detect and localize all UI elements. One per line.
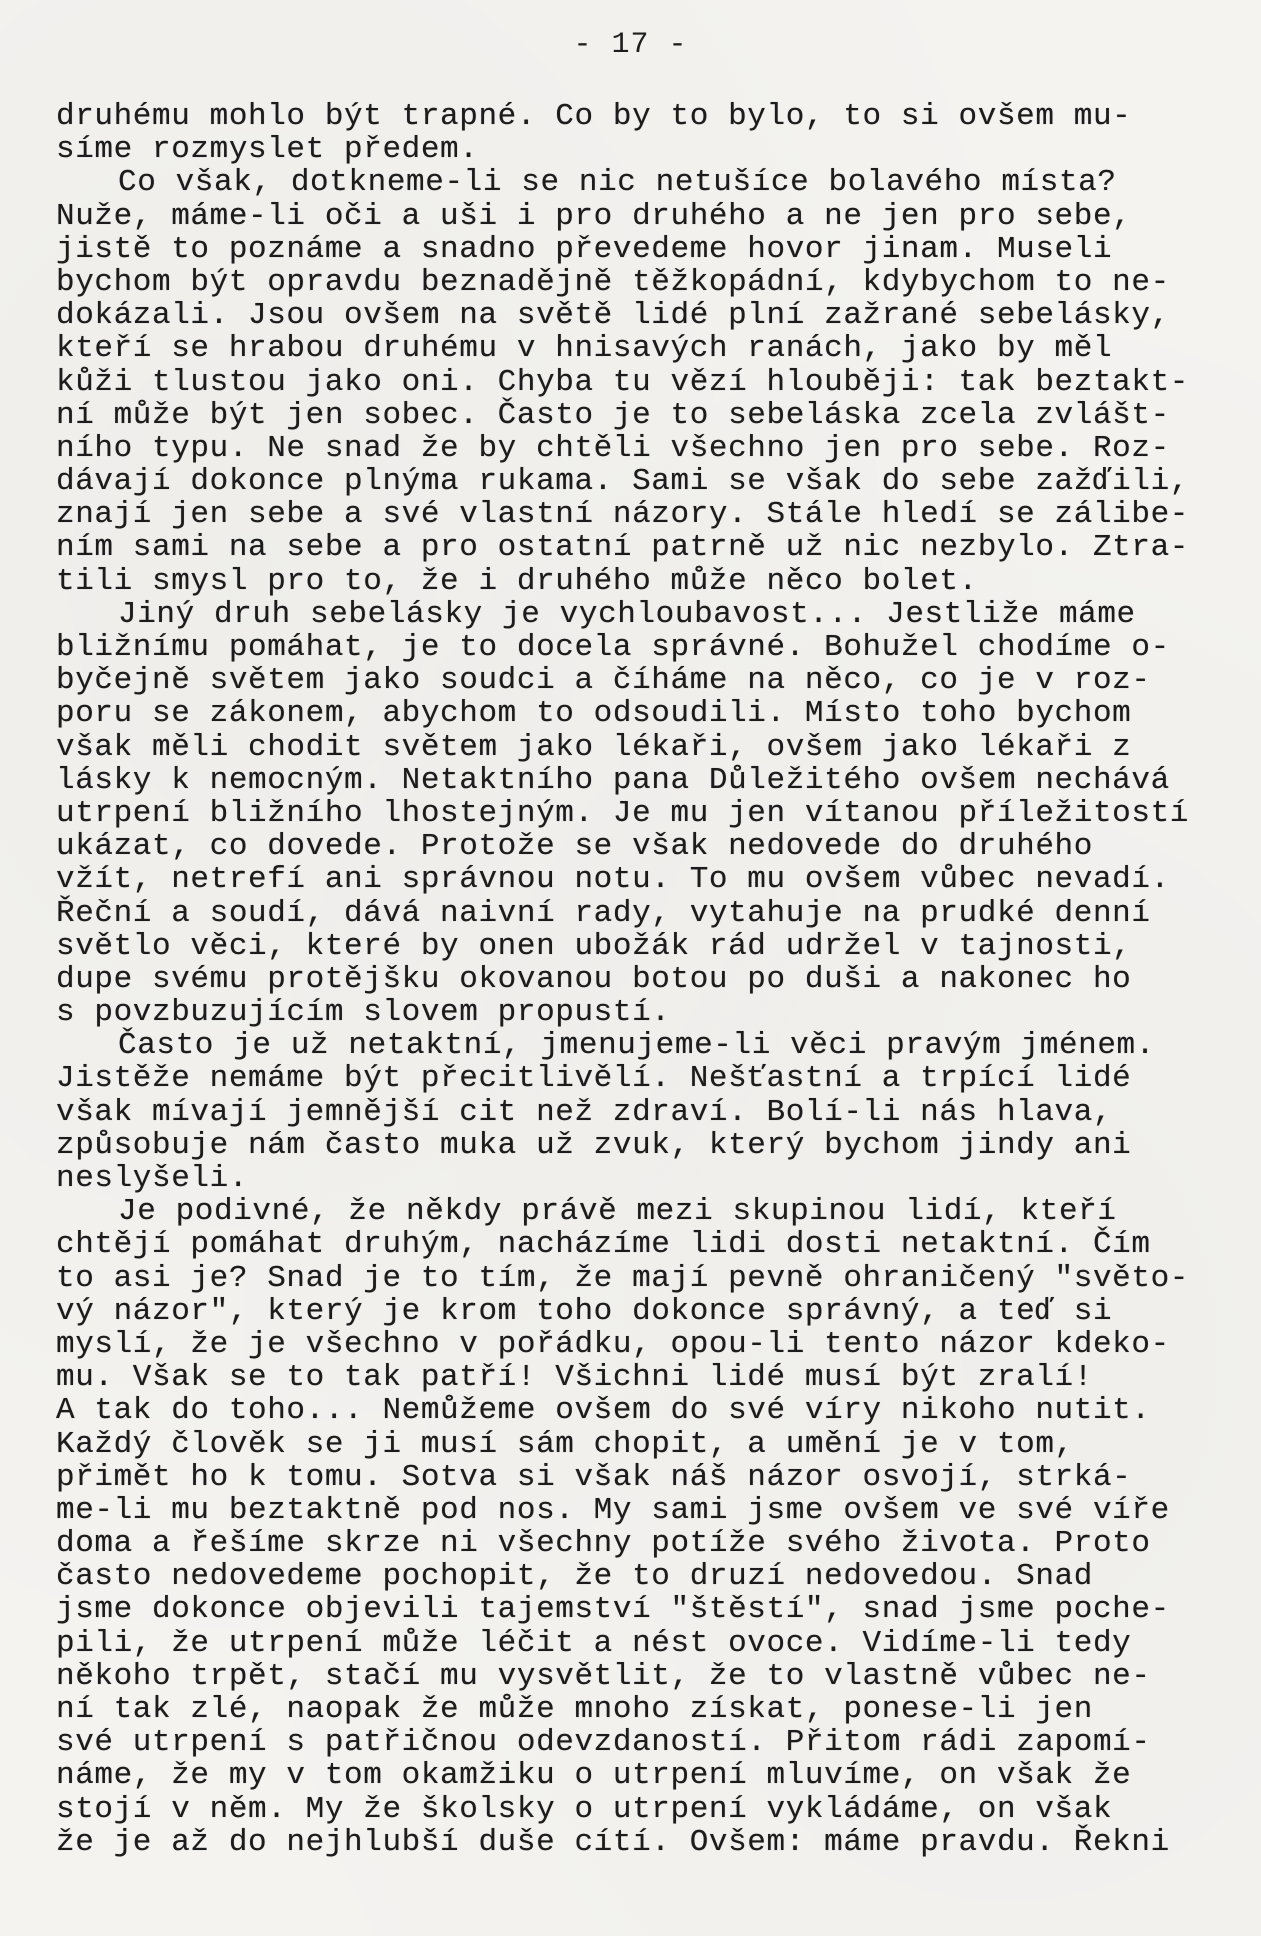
text-line: bližnímu pomáhat, je to docela správné. … [56, 631, 1246, 664]
text-line: jistě to poznáme a snadno převedeme hovo… [56, 233, 1246, 266]
page-number: - 17 - [0, 28, 1261, 62]
text-line: však mívají jemnější cit než zdraví. Bol… [56, 1096, 1246, 1129]
text-line: neslyšeli. [56, 1162, 1246, 1195]
text-line: dokázali. Jsou ovšem na světě lidé plní … [56, 299, 1246, 332]
text-line: Řeční a soudí, dává naivní rady, vytahuj… [56, 897, 1246, 930]
text-line: ním sami na sebe a pro ostatní patrně už… [56, 531, 1246, 564]
paragraph-first-line: Co však, dotkneme-li se nic netušíce bol… [56, 166, 1246, 199]
text-line: pili, že utrpení může léčit a nést ovoce… [56, 1627, 1246, 1660]
text-line: své utrpení s patřičnou odevzdaností. Př… [56, 1726, 1246, 1759]
text-line: ní tak zlé, naopak že může mnoho získat,… [56, 1693, 1246, 1726]
text-line: druhému mohlo být trapné. Co by to bylo,… [56, 100, 1246, 133]
text-line: poru se zákonem, abychom to odsoudili. M… [56, 697, 1246, 730]
text-line: bychom být opravdu beznadějně těžkopádní… [56, 266, 1246, 299]
text-line: kteří se hrabou druhému v hnisavých raná… [56, 332, 1246, 365]
text-line: ukázat, co dovede. Protože se však nedov… [56, 830, 1246, 863]
text-line: s povzbuzujícím slovem propustí. [56, 996, 1246, 1029]
text-line: způsobuje nám často muka už zvuk, který … [56, 1129, 1246, 1162]
paragraph-first-line: Jiný druh sebelásky je vychloubavost... … [56, 598, 1246, 631]
text-line: dávají dokonce plnýma rukama. Sami se vš… [56, 465, 1246, 498]
text-line: mu. Však se to tak patří! Všichni lidé m… [56, 1361, 1246, 1394]
text-line: znají jen sebe a své vlastní názory. Stá… [56, 498, 1246, 531]
text-line: vý názor", který je krom toho dokonce sp… [56, 1295, 1246, 1328]
text-line: myslí, že je všechno v pořádku, opou-li … [56, 1328, 1246, 1361]
text-line: doma a řešíme skrze ni všechny potíže sv… [56, 1527, 1246, 1560]
text-line: ního typu. Ne snad že by chtěli všechno … [56, 432, 1246, 465]
text-line: A tak do toho... Nemůžeme ovšem do své v… [56, 1394, 1246, 1427]
document-page: - 17 - druhému mohlo být trapné. Co by t… [0, 0, 1261, 1936]
text-line: chtějí pomáhat druhým, nacházíme lidi do… [56, 1228, 1246, 1261]
paragraph-first-line: Je podivné, že někdy právě mezi skupinou… [56, 1195, 1246, 1228]
text-line: stojí v něm. My že školsky o utrpení vyk… [56, 1793, 1246, 1826]
text-line: někoho trpět, stačí mu vysvětlit, že to … [56, 1660, 1246, 1693]
text-line: jsme dokonce objevili tajemství "štěstí"… [56, 1593, 1246, 1626]
text-line: přimět ho k tomu. Sotva si však náš názo… [56, 1461, 1246, 1494]
text-line: utrpení bližního lhostejným. Je mu jen v… [56, 797, 1246, 830]
text-line: síme rozmyslet předem. [56, 133, 1246, 166]
text-line: ní může být jen sobec. Často je to sebel… [56, 399, 1246, 432]
paragraph-first-line: Často je už netaktní, jmenujeme-li věci … [56, 1029, 1246, 1062]
text-line: náme, že my v tom okamžiku o utrpení mlu… [56, 1759, 1246, 1792]
text-line: me-li mu beztaktně pod nos. My sami jsme… [56, 1494, 1246, 1527]
text-line: že je až do nejhlubší duše cítí. Ovšem: … [56, 1826, 1246, 1859]
text-line: lásky k nemocným. Netaktního pana Důleži… [56, 764, 1246, 797]
text-line: Nuže, máme-li oči a uši i pro druhého a … [56, 200, 1246, 233]
text-line: kůži tlustou jako oni. Chyba tu vězí hlo… [56, 366, 1246, 399]
text-line: světlo věci, které by onen ubožák rád ud… [56, 930, 1246, 963]
text-line: Každý člověk se ji musí sám chopit, a um… [56, 1428, 1246, 1461]
text-line: to asi je? Snad je to tím, že mají pevně… [56, 1262, 1246, 1295]
text-line: často nedovedeme pochopit, že to druzí n… [56, 1560, 1246, 1593]
text-line: tili smysl pro to, že i druhého může něc… [56, 565, 1246, 598]
text-line: dupe svému protějšku okovanou botou po d… [56, 963, 1246, 996]
text-line: však měli chodit světem jako lékaři, ovš… [56, 731, 1246, 764]
text-line: Jistěže nemáme být přecitlivělí. Nešťast… [56, 1062, 1246, 1095]
body-text: druhému mohlo být trapné. Co by to bylo,… [56, 100, 1246, 1859]
text-line: vžít, netrefí ani správnou notu. To mu o… [56, 863, 1246, 896]
text-line: byčejně světem jako soudci a číháme na n… [56, 664, 1246, 697]
